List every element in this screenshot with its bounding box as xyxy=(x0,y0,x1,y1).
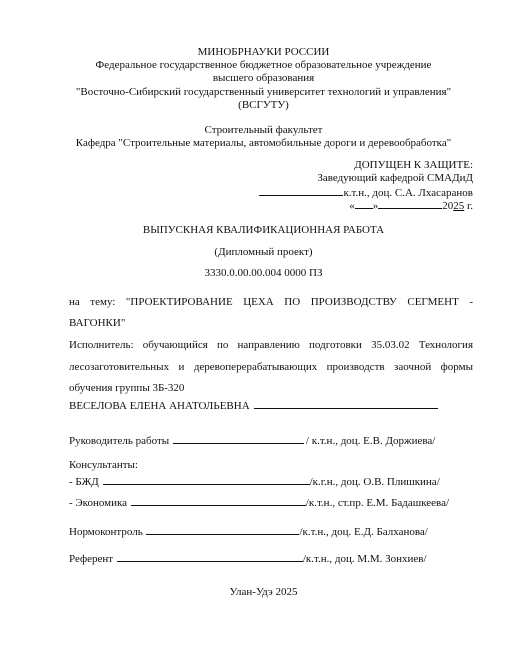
consultant-row-bzhd: - БЖД /к.г.н., доц. О.В. Плишкина/ xyxy=(69,474,440,489)
topic-label: на тему: xyxy=(69,296,115,308)
year-prefix: 20 xyxy=(442,200,453,212)
faculty-name: Строительный факультет xyxy=(0,124,527,137)
head-signature-line[interactable] xyxy=(259,185,343,196)
supervisor-label: Руководитель работы xyxy=(69,435,169,447)
department-name: Кафедра "Строительные материалы, автомоб… xyxy=(0,137,527,150)
topic-line-1: на тему: "ПРОЕКТИРОВАНИЕ ЦЕХА ПО ПРОИЗВО… xyxy=(69,296,473,309)
consultant-row-economics: - Экономика /к.т.н., ст.пр. Е.М. Бадашке… xyxy=(69,495,449,510)
referee-row: Референт /к.т.н., доц. М.М. Зонхиев/ xyxy=(69,551,427,566)
referee-name: /к.т.н., доц. М.М. Зонхиев/ xyxy=(303,553,427,565)
normcontrol-signature-line[interactable] xyxy=(146,524,299,535)
document-code: 3330.0.00.00.004 0000 ПЗ xyxy=(0,267,527,280)
consultants-label: Консультанты: xyxy=(69,459,138,472)
consultant-bzhd-signature-line[interactable] xyxy=(103,474,310,485)
approval-position: Заведующий кафедрой СМАДиД xyxy=(317,172,473,185)
work-subtype: (Дипломный проект) xyxy=(0,246,527,259)
consultant-name: /к.т.н., ст.пр. Е.М. Бадашкеева/ xyxy=(306,497,449,509)
ministry-heading: МИНОБРНАУКИ РОССИИ xyxy=(0,46,527,59)
performer-line-1: Исполнитель: обучающийся по направлению … xyxy=(69,339,473,352)
performer-line-3: обучения группы 3Б-320 xyxy=(69,382,184,395)
supervisor-name: / к.т.н., доц. Е.В. Доржиева/ xyxy=(306,435,435,447)
supervisor-signature-line[interactable] xyxy=(173,433,304,444)
consultant-label: - БЖД xyxy=(69,476,99,488)
performer-signature-line[interactable] xyxy=(254,398,438,409)
performer-name: ВЕСЕЛОВА ЕЛЕНА АНАТОЛЬЕВНА xyxy=(69,400,250,412)
consultant-name: /к.г.н., доц. О.В. Плишкина/ xyxy=(310,476,440,488)
supervisor-row: Руководитель работы / к.т.н., доц. Е.В. … xyxy=(69,433,435,448)
referee-signature-line[interactable] xyxy=(117,551,303,562)
month-field[interactable] xyxy=(378,198,442,209)
city-year: Улан-Удэ 2025 xyxy=(0,586,527,599)
day-field[interactable] xyxy=(355,198,373,209)
referee-label: Референт xyxy=(69,553,113,565)
approval-date-line: «»2025 г. xyxy=(349,198,473,213)
normcontrol-label: Нормоконтроль xyxy=(69,526,143,538)
normcontrol-name: /к.т.н., доц. Е.Д. Балханова/ xyxy=(299,526,427,538)
work-type-title: ВЫПУСКНАЯ КВАЛИФИКАЦИОННАЯ РАБОТА xyxy=(0,224,527,237)
university-name: "Восточно-Сибирский государственный унив… xyxy=(0,86,527,99)
approval-title: ДОПУЩЕН К ЗАЩИТЕ: xyxy=(354,159,473,172)
normcontrol-row: Нормоконтроль /к.т.н., доц. Е.Д. Балхано… xyxy=(69,524,428,539)
topic-text-1: "ПРОЕКТИРОВАНИЕ ЦЕХА ПО ПРОИЗВОДСТВУ СЕГ… xyxy=(126,296,473,308)
year-suffix: 25 xyxy=(453,200,464,212)
consultant-economics-signature-line[interactable] xyxy=(131,495,306,506)
institution-line-1: Федеральное государственное бюджетное об… xyxy=(0,59,527,72)
performer-name-line: ВЕСЕЛОВА ЕЛЕНА АНАТОЛЬЕВНА xyxy=(69,398,438,413)
consultant-label: - Экономика xyxy=(69,497,127,509)
performer-line-2: лесозаготовительных и деревоперерабатыва… xyxy=(69,361,473,374)
institution-line-2: высшего образования xyxy=(0,72,527,85)
university-abbr: (ВСГУТУ) xyxy=(0,99,527,112)
year-unit: г. xyxy=(464,200,473,212)
topic-line-2: ВАГОНКИ" xyxy=(69,317,125,330)
